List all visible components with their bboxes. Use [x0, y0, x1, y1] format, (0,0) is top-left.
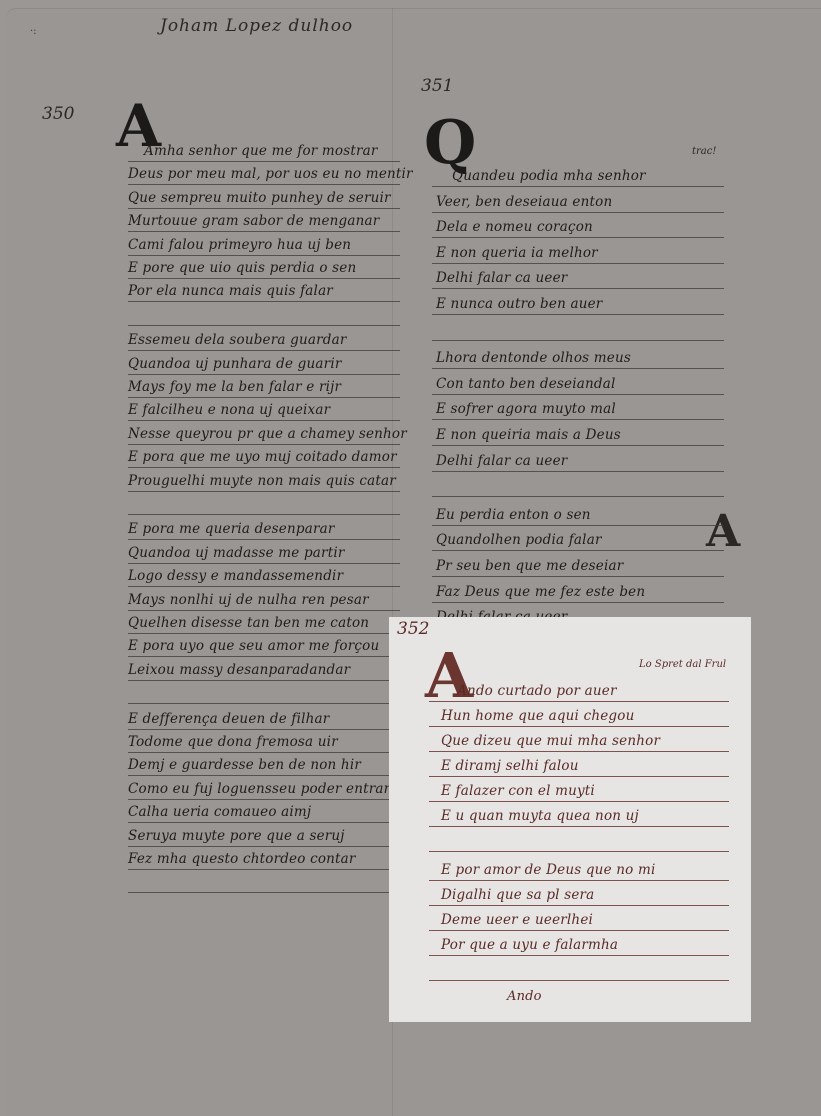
- ruling-line: [128, 467, 400, 468]
- verse-line: Quandoa uj madasse me partir: [128, 545, 345, 561]
- ruling-line: [128, 775, 400, 776]
- verse-line: Digalhi que sa pl sera: [441, 887, 594, 903]
- verse-line: E falazer con el muyti: [441, 783, 595, 799]
- ruling-line: [128, 161, 400, 162]
- ruling-line: [432, 263, 724, 264]
- ruling-line: [128, 729, 400, 730]
- verse-line: E non queria ia melhor: [436, 245, 598, 261]
- verse-line: E nunca outro ben auer: [436, 296, 602, 312]
- verse-line: Nesse queyrou pr que a chamey senhor: [128, 426, 407, 442]
- verse-line: Quelhen disesse tan ben me caton: [128, 615, 369, 631]
- ruling-line: [128, 301, 400, 302]
- ruling-line: [128, 208, 400, 209]
- ruling-line: [432, 496, 724, 497]
- verse-line: Por ela nunca mais quis falar: [128, 283, 333, 299]
- side-initial-a: A: [706, 506, 740, 557]
- verse-line: Cami falou primeyro hua uj ben: [128, 237, 351, 253]
- ruling-line: [128, 278, 400, 279]
- verse-line: Ando curtado por auer: [457, 683, 617, 699]
- corner-mark: ·:: [30, 26, 37, 37]
- ruling-line: [429, 955, 729, 956]
- verse-line: Dela e nomeu coraçon: [436, 219, 593, 235]
- verse-line: Murtouue gram sabor de menganar: [128, 213, 379, 229]
- verse-line: Quandoa uj punhara de guarir: [128, 356, 342, 372]
- verse-line: E por amor de Deus que no mi: [441, 862, 655, 878]
- verse-line: Delhi falar ca ueer: [436, 270, 567, 286]
- highlighted-region-poem-352: 352 A Lo Spret dal Frul Ando curtado por…: [389, 617, 751, 1022]
- poem-number-351: 351: [421, 76, 453, 96]
- ruling-line: [128, 491, 400, 492]
- verse-line: Veer, ben deseiaua enton: [436, 194, 612, 210]
- ruling-line: [128, 325, 400, 326]
- ruling-line: [128, 184, 400, 185]
- verse-line: E u quan muyta quea non uj: [441, 808, 639, 824]
- ruling-line: [128, 869, 400, 870]
- verse-line: Deus por meu mal, por uos eu no mentir: [128, 166, 413, 182]
- ruling-line: [432, 525, 724, 526]
- ruling-line: [429, 980, 729, 981]
- margin-note-351: trac!: [692, 146, 716, 157]
- author-note: Joham Lopez dulhoo: [160, 16, 353, 36]
- ruling-line: [432, 394, 724, 395]
- ruling-line: [429, 930, 729, 931]
- ruling-line: [128, 420, 400, 421]
- ruling-line: [128, 539, 400, 540]
- ruling-line: [432, 288, 724, 289]
- ruling-line: [128, 444, 400, 445]
- verse-line: Como eu fuj loguensseu poder entrar: [128, 781, 390, 797]
- verse-line: E diramj selhi falou: [441, 758, 579, 774]
- verse-line: Eu perdia enton o sen: [436, 507, 591, 523]
- ruling-line: [429, 701, 729, 702]
- verse-line: Por que a uyu e falarmha: [441, 937, 618, 953]
- verse-line: Demj e guardesse ben de non hir: [128, 757, 361, 773]
- verse-line: Logo dessy e mandassemendir: [128, 568, 343, 584]
- verse-line: E pora que me uyo muj coitado damor: [128, 449, 397, 465]
- verse-line: Todome que dona fremosa uir: [128, 734, 338, 750]
- ruling-line: [128, 586, 400, 587]
- verse-line: Que dizeu que mui mha senhor: [441, 733, 660, 749]
- ruling-line: [429, 826, 729, 827]
- ruling-line: [128, 350, 400, 351]
- ruling-line: [432, 471, 724, 472]
- ruling-line: [128, 822, 400, 823]
- ruling-line: [128, 846, 400, 847]
- ruling-line: [429, 801, 729, 802]
- ruling-line: [432, 237, 724, 238]
- ruling-line: [432, 602, 724, 603]
- verse-line: E sofrer agora muyto mal: [436, 401, 616, 417]
- ruling-line: [128, 374, 400, 375]
- verse-line: Calha ueria comaueo aimj: [128, 804, 311, 820]
- poem-number-352: 352: [397, 619, 429, 639]
- ruling-line: [128, 563, 400, 564]
- verse-line: E pora me queria desenparar: [128, 521, 335, 537]
- verse-line: Delhi falar ca ueer: [436, 453, 567, 469]
- ruling-line: [128, 255, 400, 256]
- poem-number-350: 350: [42, 104, 74, 124]
- verse-line: E pora uyo que seu amor me forçou: [128, 638, 379, 654]
- verse-line: Fez mha questo chtordeo contar: [128, 851, 356, 867]
- ruling-line: [128, 610, 400, 611]
- ruling-line: [432, 550, 724, 551]
- catchword: Ando: [507, 989, 542, 1004]
- verse-line: Quandolhen podia falar: [436, 532, 602, 548]
- ruling-line: [128, 514, 400, 515]
- ruling-line: [429, 880, 729, 881]
- ruling-line: [128, 892, 400, 893]
- ruling-line: [432, 186, 724, 187]
- ruling-line: [432, 368, 724, 369]
- ruling-line: [128, 703, 400, 704]
- verse-line: Faz Deus que me fez este ben: [436, 584, 645, 600]
- ruling-line: [429, 751, 729, 752]
- verse-line: Lhora dentonde olhos meus: [436, 350, 631, 366]
- ruling-line: [128, 656, 400, 657]
- verse-line: Mays foy me la ben falar e rijr: [128, 379, 341, 395]
- ruling-line: [432, 576, 724, 577]
- ruling-line: [432, 314, 724, 315]
- ruling-line: [429, 905, 729, 906]
- ruling-line: [432, 445, 724, 446]
- ruling-line: [429, 776, 729, 777]
- verse-line: Essemeu dela soubera guardar: [128, 332, 347, 348]
- verse-line: Amha senhor que me for mostrar: [144, 143, 378, 159]
- ruling-line: [128, 633, 400, 634]
- ruling-line: [432, 419, 724, 420]
- verse-line: E pore que uio quis perdia o sen: [128, 260, 356, 276]
- verse-line: Mays nonlhi uj de nulha ren pesar: [128, 592, 369, 608]
- ruling-line: [429, 726, 729, 727]
- verse-line: Seruya muyte pore que a seruj: [128, 828, 345, 844]
- verse-line: Quandeu podia mha senhor: [452, 168, 646, 184]
- ruling-line: [429, 851, 729, 852]
- margin-note-352: Lo Spret dal Frul: [639, 659, 726, 670]
- verse-line: E defferença deuen de filhar: [128, 711, 329, 727]
- verse-line: Pr seu ben que me deseiar: [436, 558, 623, 574]
- verse-line: Deme ueer e ueerlhei: [441, 912, 593, 928]
- verse-line: E non queiria mais a Deus: [436, 427, 621, 443]
- ruling-line: [128, 752, 400, 753]
- verse-line: Leixou massy desanparadandar: [128, 662, 350, 678]
- verse-line: Hun home que aqui chegou: [441, 708, 634, 724]
- verse-line: Que sempreu muito punhey de seruir: [128, 190, 391, 206]
- ruling-line: [128, 680, 400, 681]
- ruling-line: [432, 212, 724, 213]
- ruling-line: [432, 340, 724, 341]
- ruling-line: [128, 397, 400, 398]
- ruling-line: [128, 799, 400, 800]
- verse-line: E falcilheu e nona uj queixar: [128, 402, 330, 418]
- verse-line: Con tanto ben deseiandal: [436, 376, 616, 392]
- ruling-line: [128, 231, 400, 232]
- verse-line: Prouguelhi muyte non mais quis catar: [128, 473, 396, 489]
